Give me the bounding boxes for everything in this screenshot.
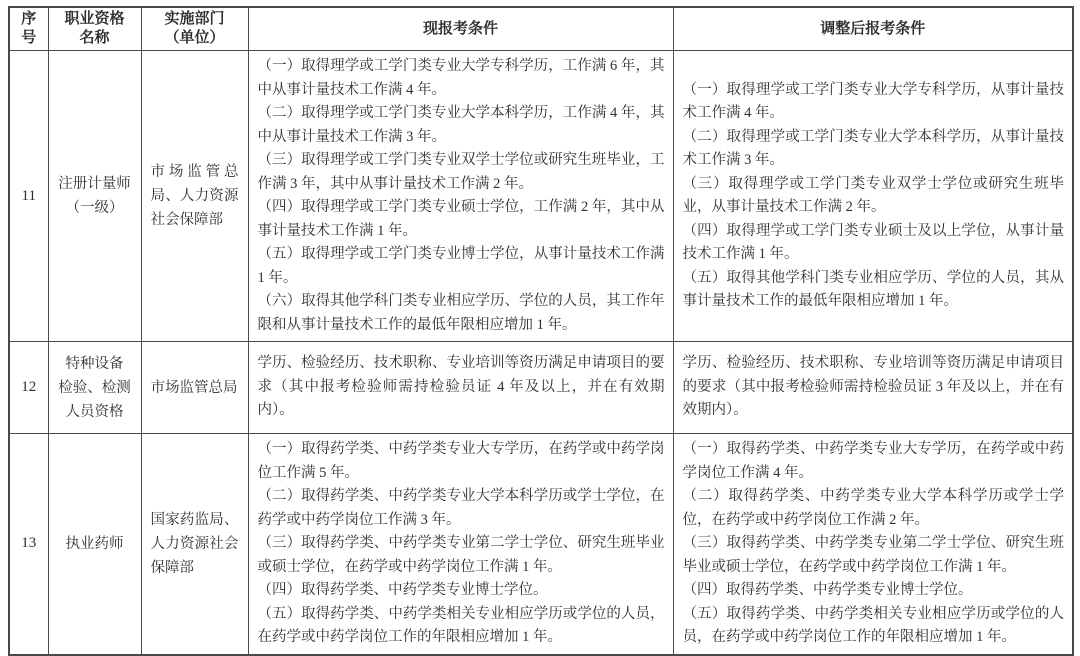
- table-row: 13 执业药师 国家药监局、人力资源社会保障部 （一）取得药学类、中药学类专业大…: [9, 434, 1073, 644]
- condition-item: （二）取得理学或工学门类专业大学本科学历，从事计量技术工作满 3 年。: [683, 126, 1065, 173]
- condition-item: （一）取得药学类、中药学类专业大专学历，在药学或中药学岗位工作满 4 年。: [683, 438, 1065, 485]
- current-conditions-cell: （一）取得药学类、中药学类专业大专学历，在药学或中药学岗位工作满 5 年。 （二…: [248, 434, 673, 644]
- table-header-row: 序 号 职业资格 名称 实施部门 （单位） 现报考条件 调整后报考条件: [9, 7, 1073, 51]
- qualification-name: 注册计量师 （一级）: [48, 51, 141, 342]
- header-adjusted-conditions: 调整后报考条件: [673, 7, 1073, 51]
- condition-item: （二）取得理学或工学门类专业大学本科学历，工作满 4 年，其中从事计量技术工作满…: [258, 102, 665, 149]
- current-conditions-cell: （一）取得理学或工学门类专业大学专科学历，工作满 6 年，其中从事计量技术工作满…: [248, 51, 673, 342]
- department: 市场监管总局: [141, 342, 248, 434]
- row-no: 11: [9, 51, 48, 342]
- header-current-conditions: 现报考条件: [248, 7, 673, 51]
- condition-item: （三）取得理学或工学门类专业双学士学位或研究生班毕业，从事计量技术工作满 2 年…: [683, 173, 1065, 220]
- header-no: 序 号: [9, 7, 48, 51]
- condition-item: （二）取得药学类、中药学类专业大学本科学历或学士学位，在药学或中药学岗位工作满 …: [258, 485, 665, 532]
- condition-item: （五）取得理学或工学门类专业博士学位，从事计量技术工作满 1 年。: [258, 243, 665, 290]
- department: 国家药监局、人力资源社会保障部: [141, 434, 248, 644]
- header-department: 实施部门 （单位）: [141, 7, 248, 51]
- table-row: 11 注册计量师 （一级） 市场监管总局、人力资源社会保障部 （一）取得理学或工…: [9, 51, 1073, 342]
- table-row: 12 特种设备 检验、检测 人员资格 市场监管总局 学历、检验经历、技术职称、专…: [9, 342, 1073, 434]
- department: 市场监管总局、人力资源社会保障部: [141, 51, 248, 342]
- condition-item: （四）取得药学类、中药学类专业博士学位。: [683, 579, 1065, 603]
- condition-item: （五）取得药学类、中药学类相关专业相应学历或学位的人员，在药学或中药学岗位工作的…: [258, 603, 665, 644]
- header-qualification-name: 职业资格 名称: [48, 7, 141, 51]
- condition-item: 学历、检验经历、技术职称、专业培训等资历满足申请项目的要求（其中报考检验师需持检…: [683, 352, 1065, 423]
- condition-item: （三）取得药学类、中药学类专业第二学士学位、研究生班毕业或硕士学位，在药学或中药…: [683, 532, 1065, 579]
- qualification-name: 执业药师: [48, 434, 141, 644]
- condition-item: （一）取得药学类、中药学类专业大专学历，在药学或中药学岗位工作满 5 年。: [258, 438, 665, 485]
- qualification-conditions-table: 序 号 职业资格 名称 实施部门 （单位） 现报考条件 调整后报考条件 11 注…: [8, 6, 1074, 643]
- adjusted-conditions-cell: （一）取得药学类、中药学类专业大专学历，在药学或中药学岗位工作满 4 年。 （二…: [673, 434, 1073, 644]
- adjusted-conditions-cell: （一）取得理学或工学门类专业大学专科学历，从事计量技术工作满 4 年。 （二）取…: [673, 51, 1073, 342]
- condition-item: （三）取得药学类、中药学类专业第二学士学位、研究生班毕业或硕士学位，在药学或中药…: [258, 532, 665, 579]
- adjusted-conditions-cell: 学历、检验经历、技术职称、专业培训等资历满足申请项目的要求（其中报考检验师需持检…: [673, 342, 1073, 434]
- row-no: 13: [9, 434, 48, 644]
- condition-item: （五）取得药学类、中药学类相关专业相应学历或学位的人员，在药学或中药学岗位工作的…: [683, 603, 1065, 644]
- current-conditions-cell: 学历、检验经历、技术职称、专业培训等资历满足申请项目的要求（其中报考检验师需持检…: [248, 342, 673, 434]
- condition-item: （二）取得药学类、中药学类专业大学本科学历或学士学位，在药学或中药学岗位工作满 …: [683, 485, 1065, 532]
- condition-item: （三）取得理学或工学门类专业双学士学位或研究生班毕业，工作满 3 年，其中从事计…: [258, 149, 665, 196]
- condition-item: （一）取得理学或工学门类专业大学专科学历，从事计量技术工作满 4 年。: [683, 79, 1065, 126]
- row-no: 12: [9, 342, 48, 434]
- condition-item: 学历、检验经历、技术职称、专业培训等资历满足申请项目的要求（其中报考检验师需持检…: [258, 352, 665, 423]
- condition-item: （一）取得理学或工学门类专业大学专科学历，工作满 6 年，其中从事计量技术工作满…: [258, 55, 665, 102]
- qualification-name: 特种设备 检验、检测 人员资格: [48, 342, 141, 434]
- condition-item: （四）取得理学或工学门类专业硕士及以上学位，从事计量技术工作满 1 年。: [683, 220, 1065, 267]
- condition-item: （四）取得药学类、中药学类专业博士学位。: [258, 579, 665, 603]
- condition-item: （四）取得理学或工学门类专业硕士学位，工作满 2 年，其中从事计量技术工作满 1…: [258, 196, 665, 243]
- condition-item: （五）取得其他学科门类专业相应学历、学位的人员，其从事计量技术工作的最低年限相应…: [683, 267, 1065, 314]
- condition-item: （六）取得其他学科门类专业相应学历、学位的人员，其工作年限和从事计量技术工作的最…: [258, 290, 665, 337]
